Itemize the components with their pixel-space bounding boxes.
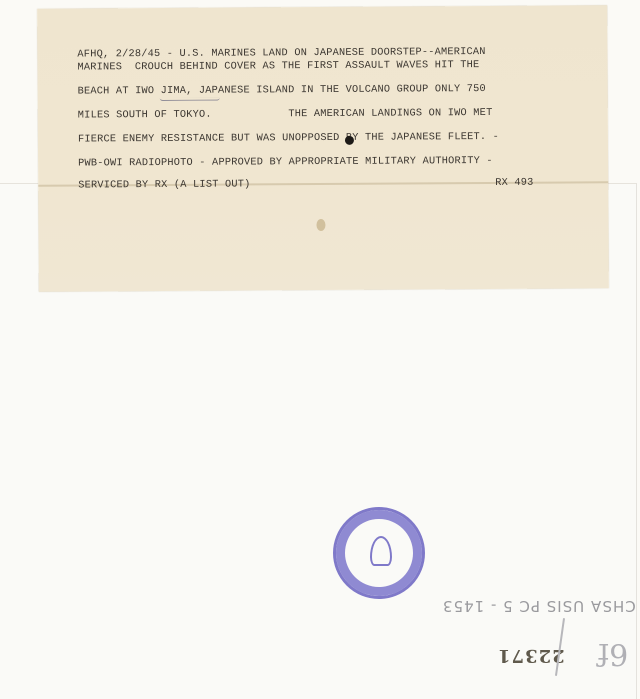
stamp-emblem-icon — [370, 536, 392, 566]
archive-stamp — [333, 507, 425, 599]
caption-line: SERVICED BY RX (A LIST OUT) — [78, 178, 250, 191]
caption-line: PWB-OWI RADIOPHOTO - APPROVED BY APPROPR… — [78, 155, 493, 170]
caption-line: MARINES CROUCH BEHIND COVER AS THE FIRST… — [77, 59, 479, 73]
pencil-initials: 6f — [598, 636, 628, 671]
caption-text: AFHQ, 2/28/45 - U.S. MARINES LAND ON JAP… — [77, 45, 597, 48]
ink-blot — [345, 136, 354, 145]
caption-slip: AFHQ, 2/28/45 - U.S. MARINES LAND ON JAP… — [37, 5, 609, 291]
caption-line: BEACH AT IWO JIMA, JAPANESE ISLAND IN TH… — [78, 83, 486, 97]
caption-line: MILES SOUTH OF TOKYO. THE AMERICAN LANDI… — [78, 107, 493, 122]
caption-line: FIERCE ENEMY RESISTANCE BUT WAS UNOPPOSE… — [78, 131, 499, 146]
pencil-note: CHSA USIS PC 5 - 1453 — [442, 597, 636, 615]
caption-line: AFHQ, 2/28/45 - U.S. MARINES LAND ON JAP… — [77, 46, 485, 60]
stain-mark — [316, 219, 325, 231]
underline-mark — [160, 98, 220, 101]
caption-code: RX 493 — [495, 177, 533, 189]
stamped-number: 22371 — [497, 645, 565, 666]
